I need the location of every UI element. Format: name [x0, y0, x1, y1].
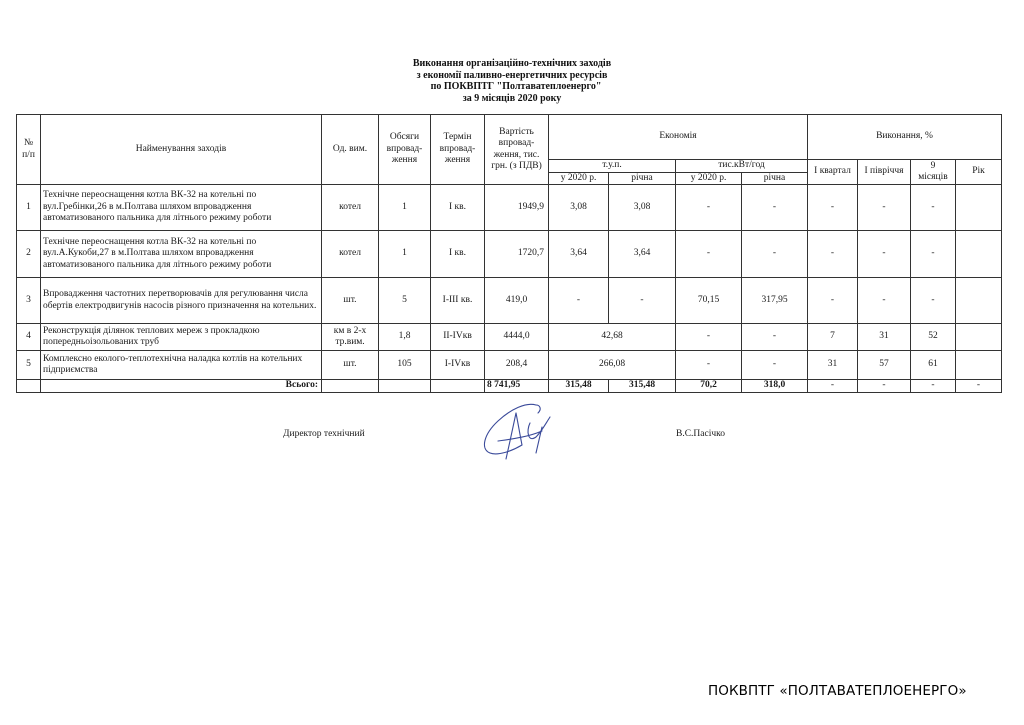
measures-table: № п/п Найменування заходів Од. вим. Обся… [16, 114, 1002, 393]
row-kwh-annual: - [742, 324, 808, 351]
row-m9: - [911, 278, 956, 324]
row-term: І-ІІІ кв. [431, 278, 485, 324]
total-tup-2020: 315,48 [549, 380, 609, 393]
row-term: І кв. [431, 231, 485, 278]
row-h1: 31 [858, 324, 911, 351]
total-tup-annual: 315,48 [609, 380, 676, 393]
row-kwh-annual: - [742, 351, 808, 380]
row-tup-annual: 3,64 [609, 231, 676, 278]
document-title: Виконання організаційно-технічних заході… [0, 58, 1024, 104]
table-row: 3 Впровадження частотних перетворювачів … [17, 278, 1002, 324]
header-name: Найменування заходів [41, 115, 322, 185]
row-q1: - [808, 231, 858, 278]
signature-icon [476, 401, 560, 463]
header-tup-2020: у 2020 р. [549, 172, 609, 185]
table-row: 4 Реконструкція ділянок теплових мереж з… [17, 324, 1002, 351]
title-line-1: Виконання організаційно-технічних заході… [0, 58, 1024, 70]
row-num: 4 [17, 324, 41, 351]
header-kwh: тис.кВт/год [676, 160, 808, 173]
row-year [956, 185, 1002, 231]
title-line-3: по ПОКВПТГ "Полтаватеплоенерго" [0, 81, 1024, 93]
total-label: Всього: [41, 380, 322, 393]
row-m9: - [911, 185, 956, 231]
row-tup-2020: 3,08 [549, 185, 609, 231]
row-name: Впровадження частотних перетворювачів дл… [41, 278, 322, 324]
row-q1: 7 [808, 324, 858, 351]
header-economy: Економія [549, 115, 808, 160]
table-row: 1 Технічне переоснащення котла ВК-32 на … [17, 185, 1002, 231]
row-term: І-ІVкв [431, 351, 485, 380]
row-name: Комплексно еколого-теплотехнічна наладка… [41, 351, 322, 380]
header-h1: І півріччя [858, 160, 911, 185]
total-kwh-2020: 70,2 [676, 380, 742, 393]
total-cost: 8 741,95 [485, 380, 549, 393]
row-name: Технічне переоснащення котла ВК-32 на ко… [41, 185, 322, 231]
row-unit: котел [322, 185, 379, 231]
row-tup-2020: 3,64 [549, 231, 609, 278]
row-kwh-annual: 317,95 [742, 278, 808, 324]
row-name: Технічне переоснащення котла ВК-32 на ко… [41, 231, 322, 278]
row-m9: - [911, 231, 956, 278]
row-num: 5 [17, 351, 41, 380]
signatory-role: Директор технічний [283, 429, 365, 439]
header-num: № п/п [17, 115, 41, 185]
row-year [956, 351, 1002, 380]
row-num: 1 [17, 185, 41, 231]
row-q1: 31 [808, 351, 858, 380]
row-unit: км в 2-х тр.вим. [322, 324, 379, 351]
row-term: І кв. [431, 185, 485, 231]
row-num: 3 [17, 278, 41, 324]
row-unit: шт. [322, 278, 379, 324]
row-year [956, 324, 1002, 351]
row-tup-annual: - [609, 278, 676, 324]
header-m9: 9 місяців [911, 160, 956, 185]
header-q1: І квартал [808, 160, 858, 185]
row-kwh-2020: - [676, 351, 742, 380]
header-kwh-annual: річна [742, 172, 808, 185]
header-tup: т.у.п. [549, 160, 676, 173]
total-q1: - [808, 380, 858, 393]
row-unit: шт. [322, 351, 379, 380]
row-cost: 1720,7 [485, 231, 549, 278]
row-volume: 5 [379, 278, 431, 324]
header-unit: Од. вим. [322, 115, 379, 185]
row-tup-annual: 3,08 [609, 185, 676, 231]
row-volume: 1 [379, 231, 431, 278]
row-kwh-2020: - [676, 231, 742, 278]
header-term: Термін впровад-ження [431, 115, 485, 185]
row-tup-merged: 42,68 [549, 324, 676, 351]
row-h1: 57 [858, 351, 911, 380]
row-h1: - [858, 278, 911, 324]
row-volume: 105 [379, 351, 431, 380]
row-tup-merged: 266,08 [549, 351, 676, 380]
row-kwh-annual: - [742, 231, 808, 278]
row-cost: 208,4 [485, 351, 549, 380]
title-line-2: з економії паливно-енергетичних ресурсів [0, 70, 1024, 82]
row-cost: 4444,0 [485, 324, 549, 351]
row-cost: 1949,9 [485, 185, 549, 231]
signatory-name: В.С.Пасічко [676, 429, 725, 439]
row-tup-2020: - [549, 278, 609, 324]
header-volume: Обсяги впровад-ження [379, 115, 431, 185]
row-kwh-2020: - [676, 185, 742, 231]
table-row: 2 Технічне переоснащення котла ВК-32 на … [17, 231, 1002, 278]
row-kwh-2020: 70,15 [676, 278, 742, 324]
row-term: ІІ-ІVкв [431, 324, 485, 351]
row-volume: 1 [379, 185, 431, 231]
row-kwh-annual: - [742, 185, 808, 231]
total-year: - [956, 380, 1002, 393]
row-cost: 419,0 [485, 278, 549, 324]
total-row: Всього: 8 741,95 315,48 315,48 70,2 318,… [17, 380, 1002, 393]
organization-footer: ПОКВПТГ «ПОЛТАВАТЕПЛОЕНЕРГО» [708, 683, 967, 699]
row-q1: - [808, 185, 858, 231]
header-kwh-2020: у 2020 р. [676, 172, 742, 185]
table-row: 5 Комплексно еколого-теплотехнічна налад… [17, 351, 1002, 380]
row-year [956, 231, 1002, 278]
row-num: 2 [17, 231, 41, 278]
header-tup-annual: річна [609, 172, 676, 185]
row-year [956, 278, 1002, 324]
row-volume: 1,8 [379, 324, 431, 351]
row-m9: 52 [911, 324, 956, 351]
row-q1: - [808, 278, 858, 324]
header-year: Рік [956, 160, 1002, 185]
total-m9: - [911, 380, 956, 393]
header-cost: Вартість впровад-ження, тис. грн. (з ПДВ… [485, 115, 549, 185]
row-h1: - [858, 231, 911, 278]
row-unit: котел [322, 231, 379, 278]
total-kwh-annual: 318,0 [742, 380, 808, 393]
header-execution: Виконання, % [808, 115, 1002, 160]
row-kwh-2020: - [676, 324, 742, 351]
title-line-4: за 9 місяців 2020 року [0, 93, 1024, 105]
row-name: Реконструкція ділянок теплових мереж з п… [41, 324, 322, 351]
row-m9: 61 [911, 351, 956, 380]
total-h1: - [858, 380, 911, 393]
row-h1: - [858, 185, 911, 231]
